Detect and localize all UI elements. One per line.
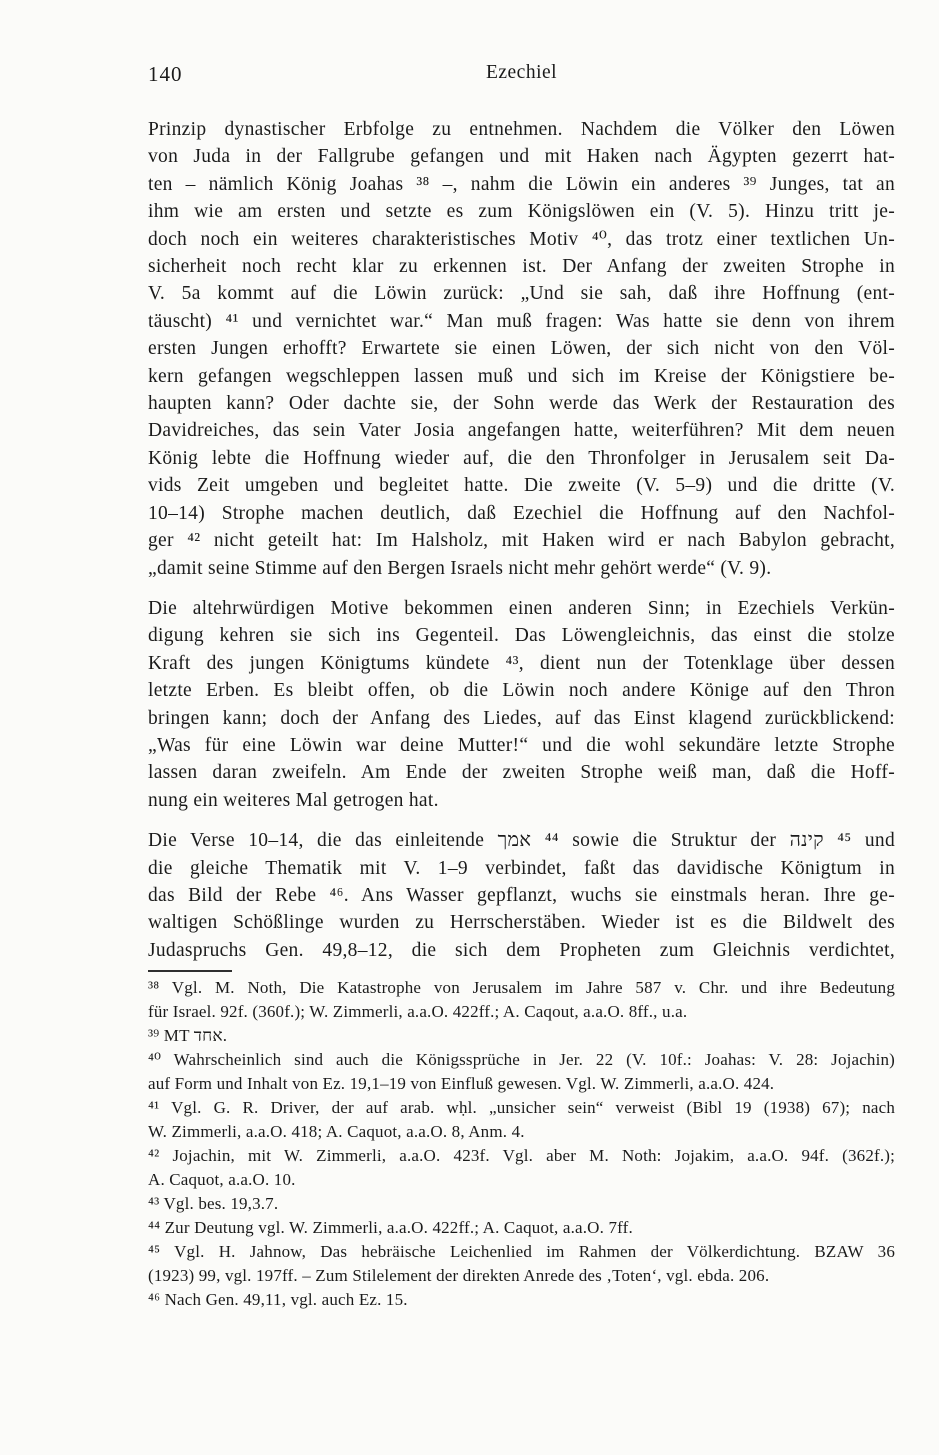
text-line: Prinzip dynastischer Erbfolge zu entnehm… <box>148 116 895 143</box>
page-number: 140 <box>148 62 183 87</box>
footnote-line: ⁴⁶ Nach Gen. 49,11, vgl. auch Ez. 15. <box>148 1288 895 1312</box>
footnote-46: ⁴⁶ Nach Gen. 49,11, vgl. auch Ez. 15. <box>148 1288 895 1312</box>
text-line: das Bild der Rebe ⁴⁶. Ans Wasser gepflan… <box>148 882 895 909</box>
footnote-line: W. Zimmerli, a.a.O. 418; A. Caquot, a.a.… <box>148 1120 895 1144</box>
text-line: ersten Jungen erhofft? Erwartete sie ein… <box>148 335 895 362</box>
text-line: „Was für eine Löwin war deine Mutter!“ u… <box>148 732 895 759</box>
text-line: Davidreiches, das sein Vater Josia angef… <box>148 417 895 444</box>
text-line: letzte Erben. Es bleibt offen, ob die Lö… <box>148 677 895 704</box>
footnote-line: auf Form und Inhalt von Ez. 19,1–19 von … <box>148 1072 895 1096</box>
footnote-41: ⁴¹ Vgl. G. R. Driver, der auf arab. wḥl.… <box>148 1096 895 1144</box>
text-line: „damit seine Stimme auf den Bergen Israe… <box>148 555 895 582</box>
text-line: ten – nämlich König Joahas ³⁸ –, nahm di… <box>148 171 895 198</box>
paragraph-1: Prinzip dynastischer Erbfolge zu entnehm… <box>148 116 895 582</box>
text-line: ger ⁴² nicht geteilt hat: Im Halsholz, m… <box>148 527 895 554</box>
text-line: doch noch ein weiteres charakteristische… <box>148 226 895 253</box>
text-line: König lebte die Hoffnung wieder auf, die… <box>148 445 895 472</box>
footnote-line: (1923) 99, vgl. 197ff. – Zum Stilelement… <box>148 1264 895 1288</box>
footnote-line: ⁴¹ Vgl. G. R. Driver, der auf arab. wḥl.… <box>148 1096 895 1120</box>
text-line: digung kehren sie sich ins Gegenteil. Da… <box>148 622 895 649</box>
text-line: Die Verse 10–14, die das einleitende אמך… <box>148 827 895 854</box>
text-line: bringen kann; doch der Anfang des Liedes… <box>148 705 895 732</box>
text-line: Judaspruchs Gen. 49,8–12, die sich dem P… <box>148 937 895 964</box>
running-head-title: Ezechiel <box>148 62 895 84</box>
text-line: V. 5a kommt auf die Löwin zurück: „Und s… <box>148 280 895 307</box>
footnote-line: ⁴⁰ Wahrscheinlich sind auch die Königssp… <box>148 1048 895 1072</box>
text-line: lassen daran zweifeln. Am Ende der zweit… <box>148 759 895 786</box>
footnote-line: ³⁹ MT אחד. <box>148 1024 895 1048</box>
footnote-44: ⁴⁴ Zur Deutung vgl. W. Zimmerli, a.a.O. … <box>148 1216 895 1240</box>
text-line: 10–14) Strophe machen deutlich, daß Ezec… <box>148 500 895 527</box>
paragraph-3: Die Verse 10–14, die das einleitende אמך… <box>148 827 895 964</box>
footnote-42: ⁴² Jojachin, mit W. Zimmerli, a.a.O. 423… <box>148 1144 895 1192</box>
footnote-line: ⁴² Jojachin, mit W. Zimmerli, a.a.O. 423… <box>148 1144 895 1168</box>
text-line: von Juda in der Fallgrube gefangen und m… <box>148 143 895 170</box>
text-line: haupten kann? Oder dachte sie, der Sohn … <box>148 390 895 417</box>
footnote-40: ⁴⁰ Wahrscheinlich sind auch die Königssp… <box>148 1048 895 1096</box>
footnote-separator <box>148 970 232 972</box>
text-line: Die altehrwürdigen Motive bekommen einen… <box>148 595 895 622</box>
body-text: Prinzip dynastischer Erbfolge zu entnehm… <box>148 116 895 1312</box>
footnote-line: für Israel. 92f. (360f.); W. Zimmerli, a… <box>148 1000 895 1024</box>
paragraph-2: Die altehrwürdigen Motive bekommen einen… <box>148 595 895 814</box>
footnote-line: ⁴³ Vgl. bes. 19,3.7. <box>148 1192 895 1216</box>
footnote-line: A. Caquot, a.a.O. 10. <box>148 1168 895 1192</box>
footnote-45: ⁴⁵ Vgl. H. Jahnow, Das hebräische Leiche… <box>148 1240 895 1288</box>
footnote-43: ⁴³ Vgl. bes. 19,3.7. <box>148 1192 895 1216</box>
running-header: 140 Ezechiel <box>148 62 895 90</box>
footnote-39: ³⁹ MT אחד. <box>148 1024 895 1048</box>
text-line: waltigen Schößlinge wurden zu Herrschers… <box>148 909 895 936</box>
scanned-page: 140 Ezechiel Prinzip dynastischer Erbfol… <box>0 0 939 1455</box>
footnote-line: ⁴⁴ Zur Deutung vgl. W. Zimmerli, a.a.O. … <box>148 1216 895 1240</box>
text-line: Kraft des jungen Königtums kündete ⁴³, d… <box>148 650 895 677</box>
text-line: ihm wie am ersten und setzte es zum Köni… <box>148 198 895 225</box>
text-line: täuscht) ⁴¹ und vernichtet war.“ Man muß… <box>148 308 895 335</box>
text-line: vids Zeit umgeben und begleitet hatte. D… <box>148 472 895 499</box>
footnote-line: ⁴⁵ Vgl. H. Jahnow, Das hebräische Leiche… <box>148 1240 895 1264</box>
text-line: die gleiche Thematik mit V. 1–9 verbinde… <box>148 855 895 882</box>
footnote-38: ³⁸ Vgl. M. Noth, Die Katastrophe von Jer… <box>148 976 895 1024</box>
text-line: nung ein weiteres Mal getrogen hat. <box>148 787 895 814</box>
footnote-line: ³⁸ Vgl. M. Noth, Die Katastrophe von Jer… <box>148 976 895 1000</box>
text-line: sicherheit noch recht klar zu erkennen i… <box>148 253 895 280</box>
text-line: kern gefangen wegschleppen lassen muß un… <box>148 363 895 390</box>
footnotes: ³⁸ Vgl. M. Noth, Die Katastrophe von Jer… <box>148 976 895 1312</box>
